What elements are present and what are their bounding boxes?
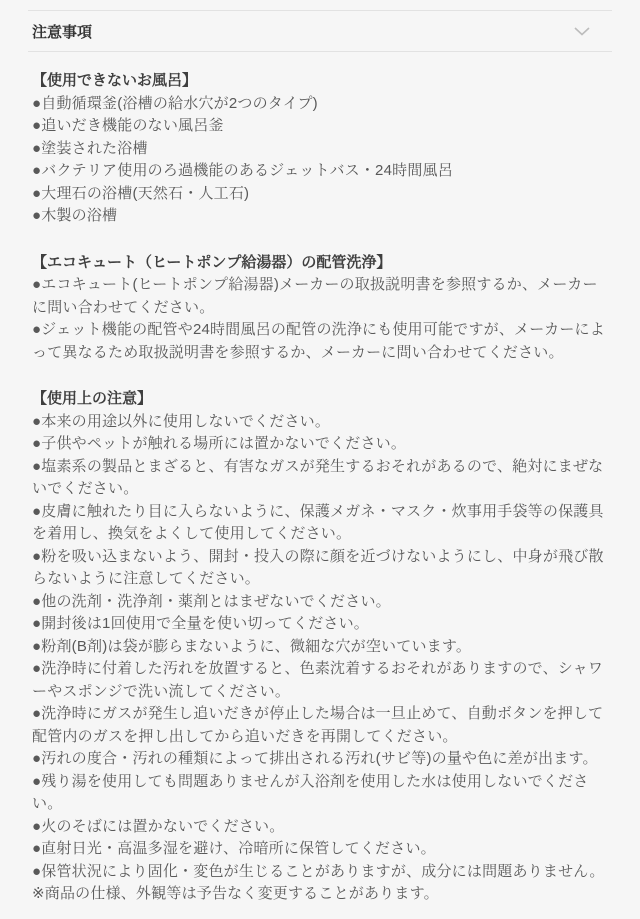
notice-item: ●残り湯を使用しても問題ありませんが入浴剤を使用した水は使用しないでください。 bbox=[32, 771, 611, 816]
notice-item: ●開封後は1回使用で全量を使い切ってください。 bbox=[32, 613, 611, 636]
notice-item: ●他の洗剤・洗浄剤・薬剤とはまぜないでください。 bbox=[32, 591, 611, 614]
notice-item: ●粉剤(B剤)は袋が膨らまないように、微細な穴が空いています。 bbox=[32, 636, 611, 659]
accordion-title: 注意事項 bbox=[28, 21, 92, 42]
chevron-down-icon bbox=[574, 27, 612, 36]
section-heading: 【エコキュート（ヒートポンプ給湯器）の配管洗浄】 bbox=[32, 252, 611, 275]
sections-container: 【使用できないお風呂】●自動循環釜(浴槽の給水穴が2つのタイプ)●追いだき機能の… bbox=[28, 52, 612, 906]
notice-item: ●木製の浴槽 bbox=[32, 205, 611, 228]
notice-item: ●追いだき機能のない風呂釜 bbox=[32, 115, 611, 138]
notice-section: 【使用できないお風呂】●自動循環釜(浴槽の給水穴が2つのタイプ)●追いだき機能の… bbox=[32, 70, 611, 228]
notice-item: ●自動循環釜(浴槽の給水穴が2つのタイプ) bbox=[32, 93, 611, 116]
notice-item: ●ジェット機能の配管や24時間風呂の配管の洗浄にも使用可能ですが、メーカーによっ… bbox=[32, 319, 611, 364]
notice-item: ●塗装された浴槽 bbox=[32, 138, 611, 161]
notice-item: ●洗浄時にガスが発生し追いだきが停止した場合は一旦止めて、自動ボタンを押して配管… bbox=[32, 703, 611, 748]
notice-item: ●塩素系の製品とまざると、有害なガスが発生するおそれがあるので、絶対にまぜないで… bbox=[32, 456, 611, 501]
notice-item: ●粉を吸い込まないよう、開封・投入の際に顔を近づけないようにし、中身が飛び散らな… bbox=[32, 546, 611, 591]
notice-item: ●汚れの度合・汚れの種類によって排出される汚れ(サビ等)の量や色に差が出ます。 bbox=[32, 748, 611, 771]
notice-item: ●洗浄時に付着した汚れを放置すると、色素沈着するおそれがありますので、シャワーや… bbox=[32, 658, 611, 703]
notice-item: ●エコキュート(ヒートポンプ給湯器)メーカーの取扱説明書を参照するか、メーカーに… bbox=[32, 274, 611, 319]
accordion-header[interactable]: 注意事項 bbox=[28, 10, 612, 52]
notice-item: ●子供やペットが触れる場所には置かないでください。 bbox=[32, 433, 611, 456]
section-heading: 【使用できないお風呂】 bbox=[32, 70, 611, 93]
notice-item: ●皮膚に触れたり目に入らないように、保護メガネ・マスク・炊事用手袋等の保護具を着… bbox=[32, 501, 611, 546]
notice-item: ●火のそばには置かないでください。 bbox=[32, 816, 611, 839]
notice-panel: 注意事項 【使用できないお風呂】●自動循環釜(浴槽の給水穴が2つのタイプ)●追い… bbox=[0, 0, 640, 919]
notice-item: ●大理石の浴槽(天然石・人工石) bbox=[32, 183, 611, 206]
notice-item: ●直射日光・高温多湿を避け、冷暗所に保管してください。 bbox=[32, 838, 611, 861]
notice-item: ●保管状況により固化・変色が生じることがありますが、成分には問題ありません。 bbox=[32, 861, 611, 884]
notice-item: ※商品の仕様、外観等は予告なく変更することがあります。 bbox=[32, 883, 611, 906]
section-heading: 【使用上の注意】 bbox=[32, 388, 611, 411]
notice-section: 【エコキュート（ヒートポンプ給湯器）の配管洗浄】●エコキュート(ヒートポンプ給湯… bbox=[32, 252, 611, 365]
notice-item: ●本来の用途以外に使用しないでください。 bbox=[32, 411, 611, 434]
notice-section: 【使用上の注意】●本来の用途以外に使用しないでください。●子供やペットが触れる場… bbox=[32, 388, 611, 906]
notice-item: ●バクテリア使用のろ過機能のあるジェットバス・24時間風呂 bbox=[32, 160, 611, 183]
